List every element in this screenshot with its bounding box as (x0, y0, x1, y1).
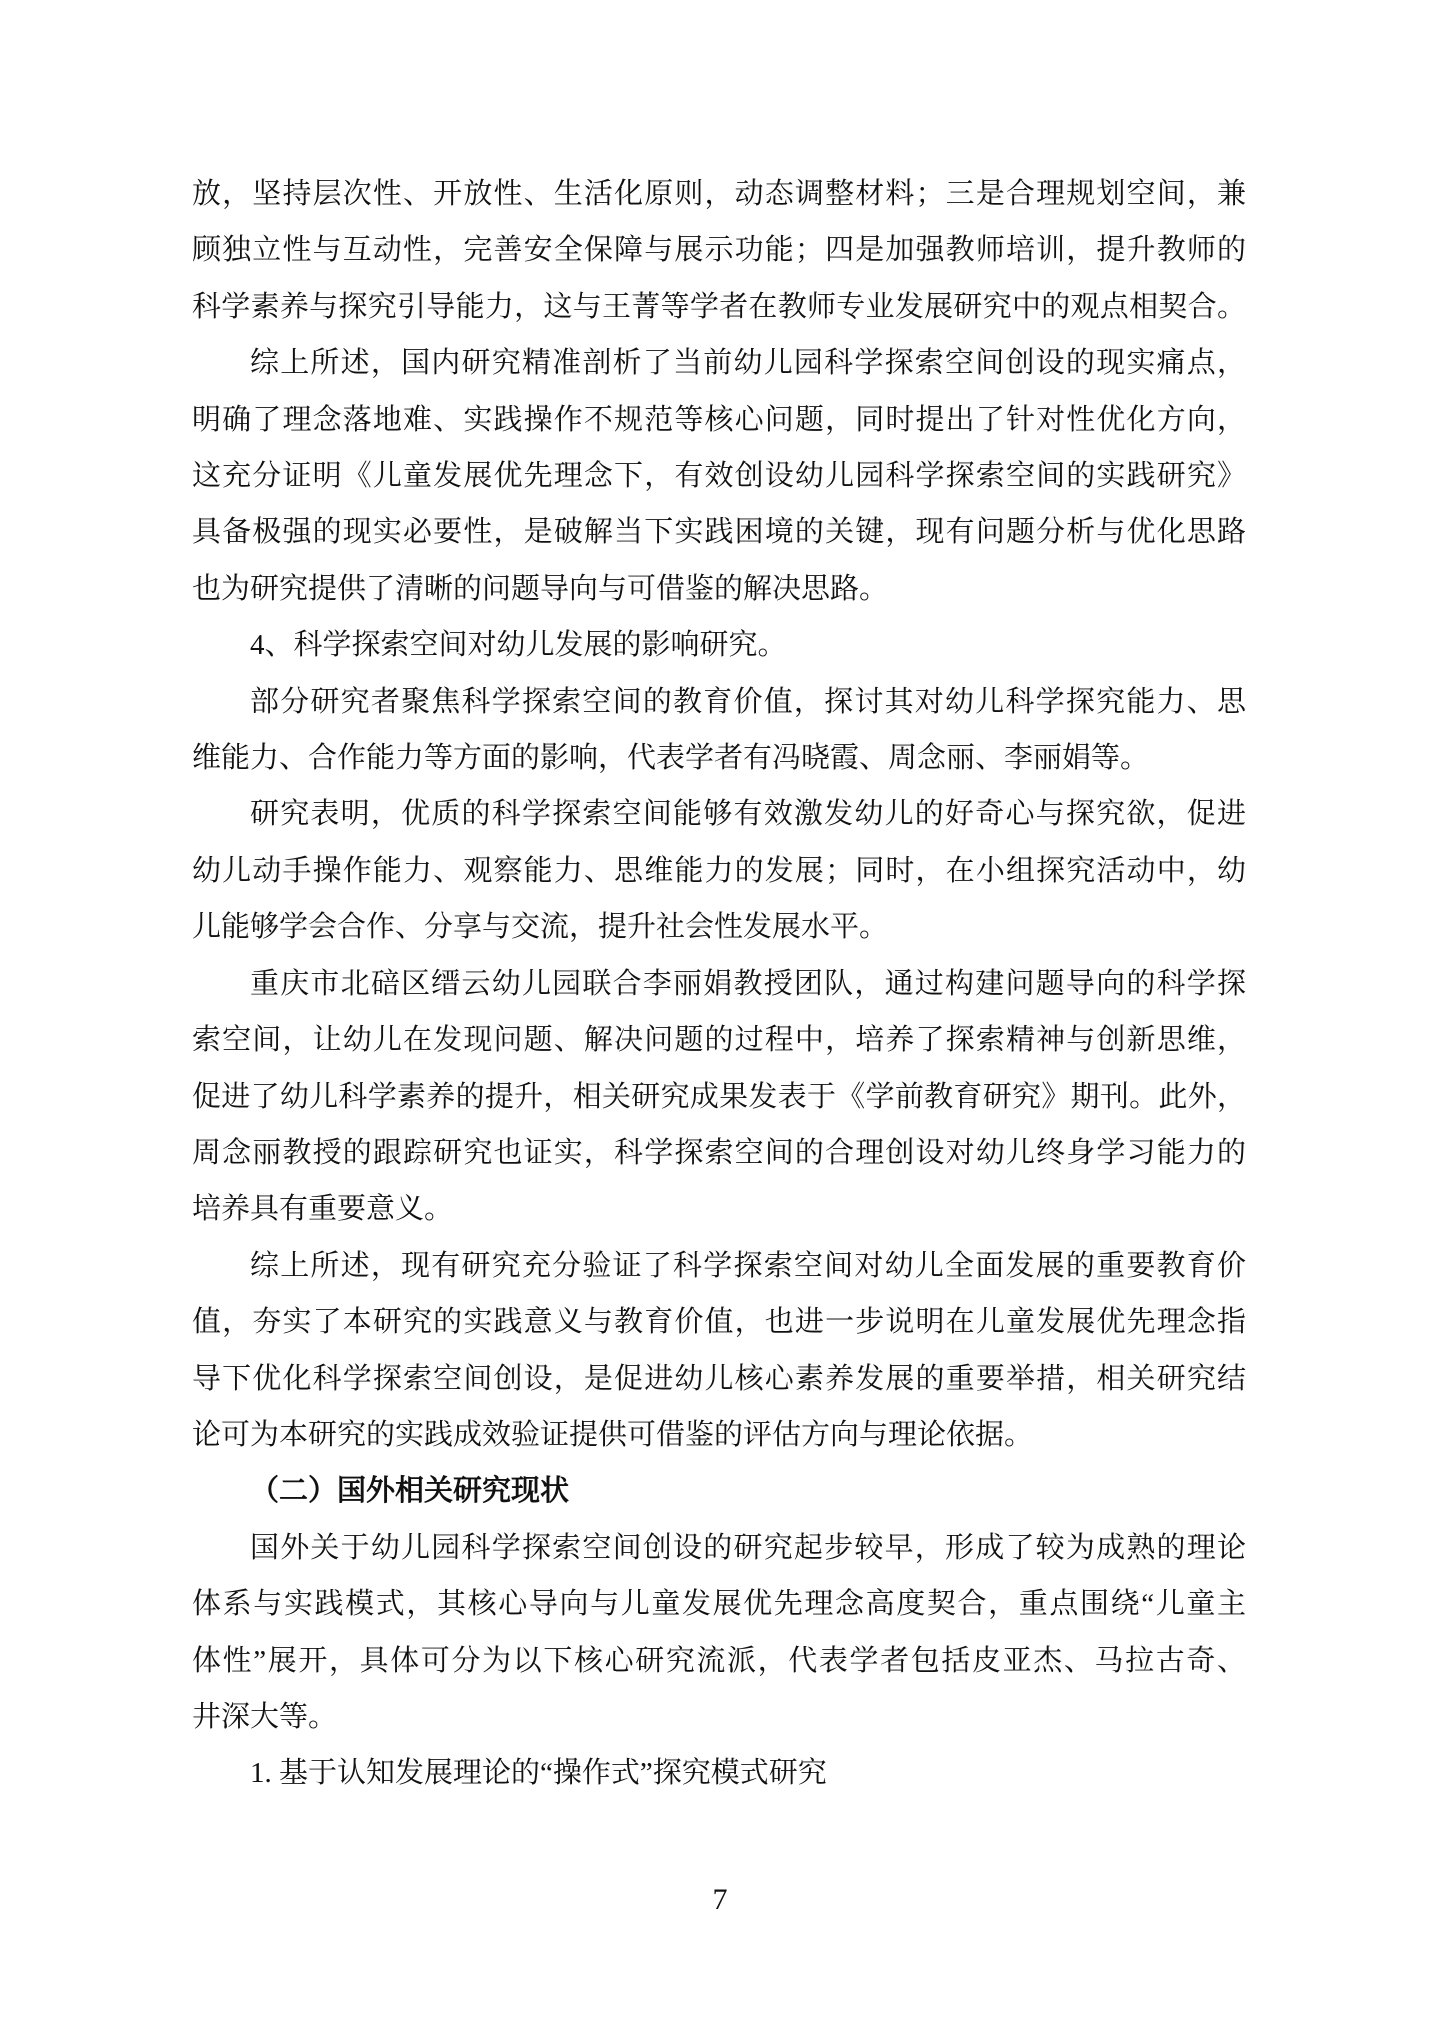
text-line: 论可为本研究的实践成效验证提供可借鉴的评估方向与理论依据。 (192, 1407, 1246, 1463)
section-heading: （二）国外相关研究现状 (192, 1463, 1246, 1519)
text-line: 体系与实践模式，其核心导向与儿童发展优先理念高度契合，重点围绕“儿童主 (192, 1576, 1246, 1632)
text-line: 研究表明，优质的科学探索空间能够有效激发幼儿的好奇心与探究欲，促进 (192, 786, 1246, 842)
text-line: 放，坚持层次性、开放性、生活化原则，动态调整材料；三是合理规划空间，兼 (192, 166, 1246, 222)
text-line: 具备极强的现实必要性，是破解当下实践困境的关键，现有问题分析与优化思路 (192, 504, 1246, 560)
text-line: 顾独立性与互动性，完善安全保障与展示功能；四是加强教师培训，提升教师的 (192, 222, 1246, 278)
text-line: 索空间，让幼儿在发现问题、解决问题的过程中，培养了探索精神与创新思维， (192, 1012, 1246, 1068)
text-line: 综上所述，国内研究精准剖析了当前幼儿园科学探索空间创设的现实痛点， (192, 335, 1246, 391)
text-line: 导下优化科学探索空间创设，是促进幼儿核心素养发展的重要举措，相关研究结 (192, 1351, 1246, 1407)
text-line: 明确了理念落地难、实践操作不规范等核心问题，同时提出了针对性优化方向， (192, 392, 1246, 448)
text-line: 值，夯实了本研究的实践意义与教育价值，也进一步说明在儿童发展优先理念指 (192, 1294, 1246, 1350)
text-line: 促进了幼儿科学素养的提升，相关研究成果发表于《学前教育研究》期刊。此外， (192, 1069, 1246, 1125)
text-line: 综上所述，现有研究充分验证了科学探索空间对幼儿全面发展的重要教育价 (192, 1238, 1246, 1294)
text-line: 国外关于幼儿园科学探索空间创设的研究起步较早，形成了较为成熟的理论 (192, 1520, 1246, 1576)
document-body: 放，坚持层次性、开放性、生活化原则，动态调整材料；三是合理规划空间，兼顾独立性与… (192, 166, 1246, 1802)
page-number: 7 (0, 1882, 1440, 1918)
text-line: 这充分证明《儿童发展优先理念下，有效创设幼儿园科学探索空间的实践研究》 (192, 448, 1246, 504)
text-line: 周念丽教授的跟踪研究也证实，科学探索空间的合理创设对幼儿终身学习能力的 (192, 1125, 1246, 1181)
text-line: 体性”展开，具体可分为以下核心研究流派，代表学者包括皮亚杰、马拉古奇、 (192, 1633, 1246, 1689)
text-line: 幼儿动手操作能力、观察能力、思维能力的发展；同时，在小组探究活动中，幼 (192, 843, 1246, 899)
text-line: 井深大等。 (192, 1689, 1246, 1745)
text-line: 4、科学探索空间对幼儿发展的影响研究。 (192, 617, 1246, 673)
text-line: 维能力、合作能力等方面的影响，代表学者有冯晓霞、周念丽、李丽娟等。 (192, 730, 1246, 786)
text-line: 1. 基于认知发展理论的“操作式”探究模式研究 (192, 1745, 1246, 1801)
text-line: 培养具有重要意义。 (192, 1181, 1246, 1237)
document-page: 放，坚持层次性、开放性、生活化原则，动态调整材料；三是合理规划空间，兼顾独立性与… (0, 0, 1440, 2036)
text-line: 也为研究提供了清晰的问题导向与可借鉴的解决思路。 (192, 561, 1246, 617)
text-line: 重庆市北碚区缙云幼儿园联合李丽娟教授团队，通过构建问题导向的科学探 (192, 956, 1246, 1012)
text-line: 部分研究者聚焦科学探索空间的教育价值，探讨其对幼儿科学探究能力、思 (192, 674, 1246, 730)
text-line: 科学素养与探究引导能力，这与王菁等学者在教师专业发展研究中的观点相契合。 (192, 279, 1246, 335)
text-line: 儿能够学会合作、分享与交流，提升社会性发展水平。 (192, 899, 1246, 955)
